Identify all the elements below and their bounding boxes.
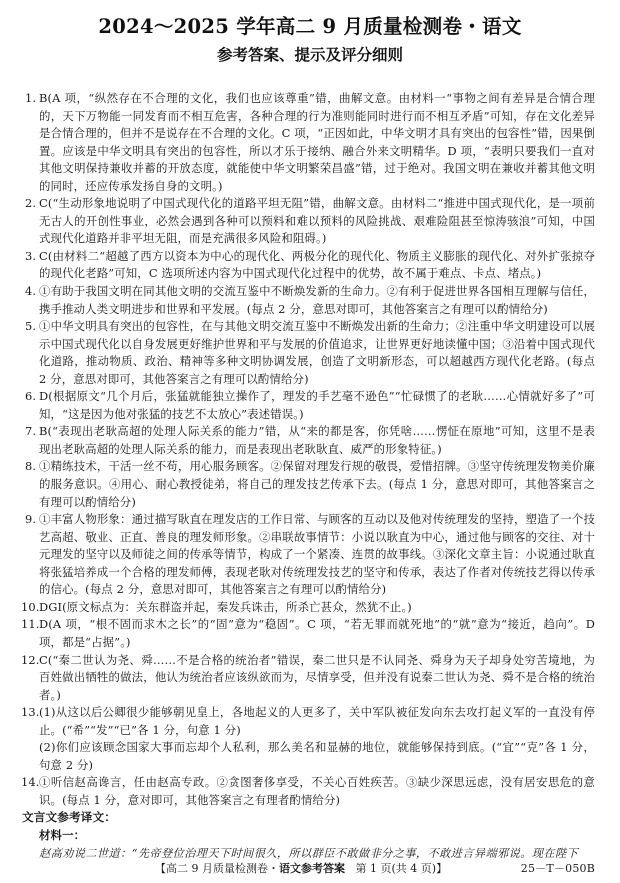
document-title: 2024～2025 学年高二 9 月质量检测卷・语文 bbox=[0, 14, 620, 40]
answer-number: 12. bbox=[21, 652, 40, 670]
answer-item-3: 3. C(由材料二“超越了西方以资本为中心的现代化、两极分化的现代化、物质主义膨… bbox=[25, 248, 595, 283]
answer-item-11: 11. D(A 项，“根不固而求木之长”的“固”意为“稳固”。C 项，“若无罪而… bbox=[21, 616, 595, 651]
footer-exam-name: 高二 9 月质量检测卷・ bbox=[166, 862, 279, 875]
answer-text: ①丰富人物形象：通过描写耿直在理发店的工作日常、与顾客的互动以及他对传统理发的坚… bbox=[39, 512, 595, 596]
answer-item-12: 12. C(“秦二世认为尧、舜……不是合格的统治者”错误，秦二世只是不认同尧、舜… bbox=[21, 652, 595, 705]
translation-heading: 文言文参考译文： bbox=[22, 809, 595, 827]
answer-text: C(由材料二“超越了西方以资本为中心的现代化、两极分化的现代化、物质主义膨胀的现… bbox=[39, 249, 595, 281]
answer-item-6: 6. D(根据原文“几个月后，张猛就能独立操作了，理发的手艺毫不逊色”“忙碌惯了… bbox=[25, 388, 595, 423]
answer-number: 2. bbox=[25, 195, 36, 213]
answer-number: 7. bbox=[25, 423, 36, 441]
answer-number: 3. bbox=[25, 248, 36, 266]
answer-text: (1)从这以后公卿很少能够朝见皇上，各地起义的人更多了，关中军队被征发向东去攻打… bbox=[39, 705, 595, 737]
answer-item-14: 14. ①听信赵高谗言，任由赵高专政。②贪图奢侈享受，不关心百姓疾苦。③缺少深思… bbox=[21, 774, 595, 809]
answer-number: 6. bbox=[25, 388, 36, 406]
answer-text: ①有助于我国文明在同其他文明的交流互鉴中不断焕发新的生命力。②有利于促进世界各国… bbox=[39, 284, 595, 316]
footer-bracket-left: 【 bbox=[155, 862, 166, 875]
answer-number: 4. bbox=[25, 283, 36, 301]
document-subtitle: 参考答案、提示及评分细则 bbox=[0, 44, 620, 66]
answer-text: D(A 项，“根不固而求木之长”的“固”意为“稳固”。C 项，“若无罪而就死地”… bbox=[39, 617, 595, 649]
answer-number: 1. bbox=[25, 90, 36, 108]
answer-number: 10. bbox=[21, 599, 40, 617]
answer-number: 9. bbox=[25, 511, 36, 529]
answer-text: ①中华文明具有突出的包容性，在与其他文明交流互鉴中不断焕发出新的生命力；②注重中… bbox=[39, 319, 595, 386]
answer-text: B(A 项，“纵然存在不合理的文化，我们也应该尊重”错，曲解文意。由材料一“事物… bbox=[39, 91, 595, 193]
answer-item-4: 4. ①有助于我国文明在同其他文明的交流互鉴中不断焕发新的生命力。②有利于促进世… bbox=[25, 283, 595, 318]
answer-item-7: 7. B(“表现出老耿高超的处理人际关系的能力”错，从“来的都是客，你凭啥……愣… bbox=[25, 423, 595, 458]
answer-item-10: 10. DGI(原文标点为：关东群盗并起，秦发兵诛击，所杀亡甚众，然犹不止。) bbox=[21, 599, 595, 617]
answer-item-13-part-2: (2)你们应该顾念国家大事而忘却个人私利，那么美名和显赫的地位，就能够保持到底。… bbox=[21, 739, 595, 774]
answer-number: 5. bbox=[25, 318, 36, 336]
answer-text: B(“表现出老耿高超的处理人际关系的能力”错，从“来的都是客，你凭啥……愣怔在原… bbox=[39, 424, 595, 456]
answer-number: 8. bbox=[25, 458, 36, 476]
footer-caption: 【高二 9 月质量检测卷・语文参考答案 第 1 页(共 4 页)】 bbox=[155, 860, 447, 878]
answer-item-1: 1. B(A 项，“纵然存在不合理的文化，我们也应该尊重”错，曲解文意。由材料一… bbox=[25, 90, 595, 195]
answer-number: 14. bbox=[21, 774, 40, 792]
answer-item-2: 2. C(“生动形象地说明了中国式现代化的道路平坦无阻”错，曲解文意。由材料二“… bbox=[25, 195, 595, 248]
answer-text: C(“生动形象地说明了中国式现代化的道路平坦无阻”错，曲解文意。由材料二“推进中… bbox=[39, 196, 595, 245]
answer-number: 11. bbox=[21, 616, 40, 634]
answer-item-8: 8. ①精练技术，干活一丝不苟，用心服务顾客。②保留对理发行规的敬畏，爱惜招牌。… bbox=[25, 458, 595, 511]
answer-text: ①精练技术，干活一丝不苟，用心服务顾客。②保留对理发行规的敬畏，爱惜招牌。③坚守… bbox=[39, 459, 595, 508]
page-footer: 【高二 9 月质量检测卷・语文参考答案 第 1 页(共 4 页)】 25－T－0… bbox=[0, 860, 620, 878]
material-label: 材料一： bbox=[25, 827, 595, 845]
answer-text: DGI(原文标点为：关东群盗并起，秦发兵诛击，所杀亡甚众，然犹不止。) bbox=[39, 600, 412, 614]
footer-bracket-right: 】 bbox=[436, 862, 447, 875]
answer-item-13: 13. (1)从这以后公卿很少能够朝见皇上，各地起义的人更多了，关中军队被征发向… bbox=[21, 704, 595, 739]
answer-list: 1. B(A 项，“纵然存在不合理的文化，我们也应该尊重”错，曲解文意。由材料一… bbox=[25, 90, 595, 862]
answer-item-5: 5. ①中华文明具有突出的包容性，在与其他文明交流互鉴中不断焕发出新的生命力；②… bbox=[25, 318, 595, 388]
answer-text: C(“秦二世认为尧、舜……不是合格的统治者”错误，秦二世只是不认同尧、舜身为天子… bbox=[39, 653, 595, 702]
answer-item-9: 9. ①丰富人物形象：通过描写耿直在理发店的工作日常、与顾客的互动以及他对传统理… bbox=[25, 511, 595, 599]
page-number: 第 1 页(共 4 页) bbox=[356, 862, 437, 875]
document-code: 25－T－050B bbox=[521, 860, 595, 878]
answer-text: ①听信赵高谗言，任由赵高专政。②贪图奢侈享受，不关心百姓疾苦。③缺少深思远虑，没… bbox=[39, 775, 595, 807]
answer-number: 13. bbox=[21, 704, 40, 722]
footer-subject: 语文参考答案 bbox=[279, 862, 345, 875]
answer-text: D(根据原文“几个月后，张猛就能独立操作了，理发的手艺毫不逊色”“忙碌惯了的老耿… bbox=[39, 389, 595, 421]
